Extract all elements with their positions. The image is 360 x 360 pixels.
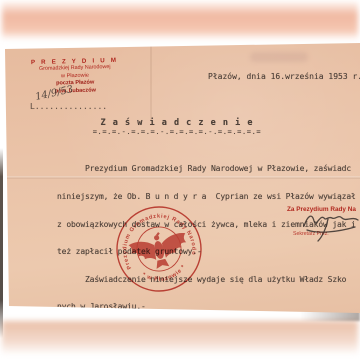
reference-dots: .............. bbox=[40, 102, 107, 111]
bleedthrough-smudge bbox=[250, 52, 308, 62]
reference-line: L............... bbox=[30, 102, 107, 111]
photo-frame: P R E Z Y D I U M Gromadzkiej Rady Narod… bbox=[0, 0, 360, 360]
document-paper: P R E Z Y D I U M Gromadzkiej Rady Narod… bbox=[5, 42, 360, 314]
background-blur-top bbox=[2, 2, 358, 40]
film-edge-left bbox=[0, 148, 3, 338]
fold-crease-vertical bbox=[150, 44, 152, 120]
body-line: też zapłacił podatek gruntowy.- bbox=[57, 247, 360, 256]
reference-label: L. bbox=[30, 102, 40, 111]
round-seal: Prezydium Gromadzkiej Rady Narodowej * w… bbox=[106, 196, 213, 303]
body-line: Prezydium Gromadzkiej Rady Narodowej w P… bbox=[57, 164, 360, 173]
dateline: Płazów, dnia 16.września 1953 r. bbox=[208, 72, 360, 81]
body-line: niniejszym, że Ob. B u n d y r a Cyprian… bbox=[57, 192, 360, 201]
certificate-title: Z a ś w i a d c z e n i e bbox=[5, 118, 349, 128]
signature-caption: Sekretarz Prez. bbox=[293, 231, 329, 237]
background-blur-bottom bbox=[2, 321, 358, 357]
body-line: nych w Jarosławiu.- bbox=[57, 302, 360, 311]
title-underline: =.=.=.-.=.=.=.-.=.=.=.=.-.=.=.=.=.= bbox=[5, 128, 349, 136]
